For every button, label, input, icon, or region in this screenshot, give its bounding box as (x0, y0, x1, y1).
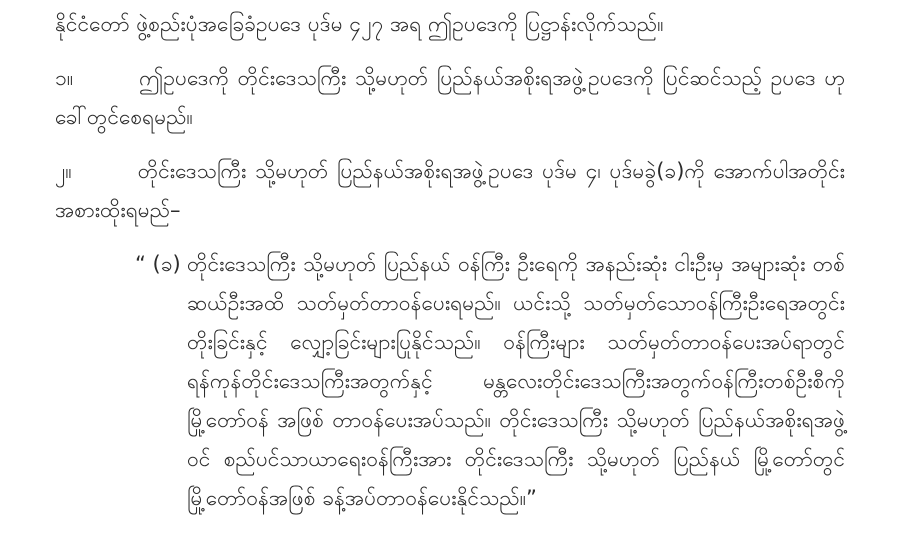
clause-2-text: တိုင်းဒေသကြီး သို့မဟုတ် ပြည်နယ်အစိုးရအဖွ… (55, 159, 845, 222)
quote-subclause-text: တိုင်းဒေသကြီး သို့မဟုတ် ပြည်နယ် ဝန်ကြီး … (187, 245, 845, 518)
document-page: နိုင်ငံတော် ဖွဲ့စည်းပုံအခြေခံဥပဒေ ပုဒ်မ … (0, 0, 900, 548)
clause-1-text: ဤဥပဒေကို တိုင်းဒေသကြီး သို့မဟုတ် ပြည်နယ်… (55, 66, 845, 129)
clause-2-number: ၂။ (55, 159, 72, 183)
clause-1-number: ၁။ (55, 66, 73, 90)
substitution-quote-block: “ (ခ) တိုင်းဒေသကြီး သို့မဟုတ် ပြည်နယ် ဝန… (135, 245, 845, 518)
clause-1: ၁။ဤဥပဒေကို တိုင်းဒေသကြီး သို့မဟုတ် ပြည်န… (55, 59, 845, 137)
clause-2: ၂။တိုင်းဒေသကြီး သို့မဟုတ် ပြည်နယ်အစိုးရအ… (55, 152, 845, 230)
quote-subclause-marker: “ (ခ) (135, 245, 187, 518)
intro-paragraph: နိုင်ငံတော် ဖွဲ့စည်းပုံအခြေခံဥပဒေ ပုဒ်မ … (55, 5, 845, 44)
